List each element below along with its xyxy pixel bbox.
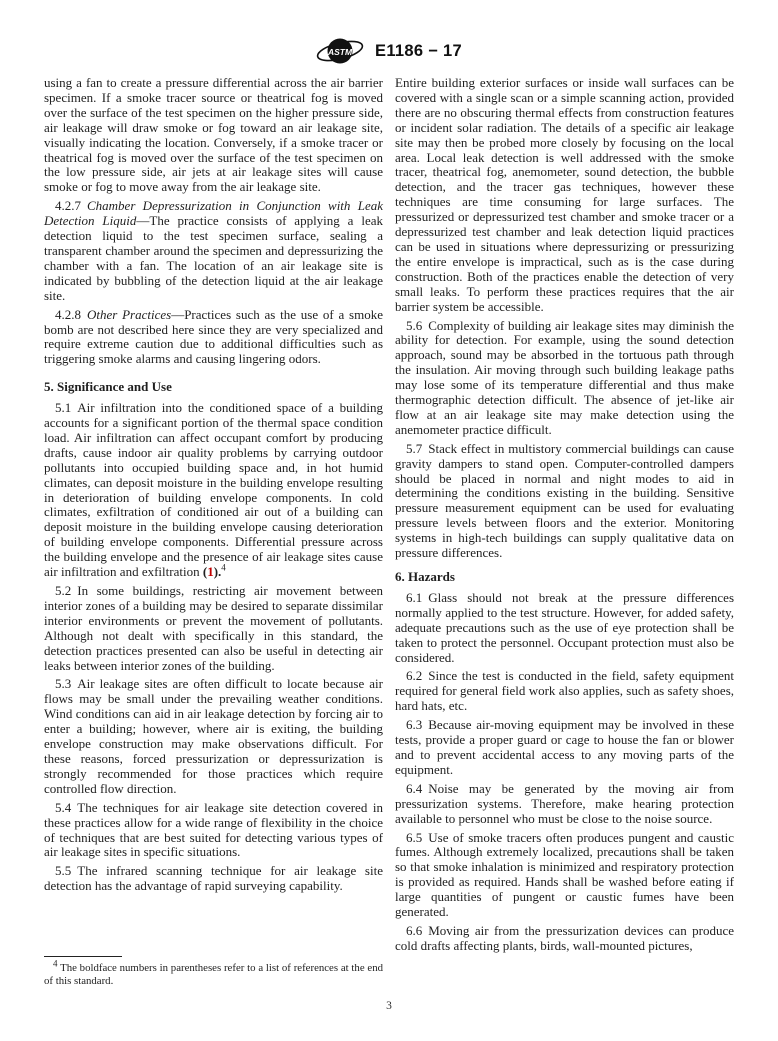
paragraph-5-3: 5.3Air leakage sites are often difficult… — [44, 677, 383, 796]
clause-number: 4.2.8 — [55, 307, 81, 322]
clause-number: 5.1 — [55, 400, 71, 415]
footnote-text: 4 The boldface numbers in parentheses re… — [44, 962, 383, 988]
clause-number: 6.1 — [406, 590, 422, 605]
clause-body: Air infiltration into the conditioned sp… — [44, 400, 383, 579]
paragraph-5-6: 5.6Complexity of building air leakage si… — [395, 319, 734, 438]
footnote-marker: 4 — [221, 563, 226, 573]
clause-body: Complexity of building air leakage sites… — [395, 318, 734, 437]
clause-number: 6.6 — [406, 923, 422, 938]
section-heading-6: 6. Hazards — [395, 570, 734, 585]
paragraph-5-5: 5.5The infrared scanning technique for a… — [44, 864, 383, 894]
paragraph-6-6: 6.6Moving air from the pressurization de… — [395, 924, 734, 954]
paragraph-6-2: 6.2Since the test is conducted in the fi… — [395, 669, 734, 714]
document-page: ASTM E1186 − 17 using a fan to create a … — [0, 0, 778, 1041]
paragraph-continuation-5-5: Entire building exterior surfaces or ins… — [395, 76, 734, 315]
paragraph-5-7: 5.7Stack effect in multistory commercial… — [395, 442, 734, 561]
clause-body: The infrared scanning technique for air … — [44, 863, 383, 893]
clause-number: 5.5 — [55, 863, 71, 878]
clause-body: Use of smoke tracers often produces pung… — [395, 830, 734, 920]
svg-text:ASTM: ASTM — [327, 47, 353, 57]
clause-number: 6.5 — [406, 830, 422, 845]
astm-logo-icon: ASTM — [316, 35, 368, 67]
clause-number: 5.3 — [55, 676, 71, 691]
clause-body: Since the test is conducted in the field… — [395, 668, 734, 713]
clause-body: In some buildings, restricting air movem… — [44, 583, 383, 673]
paragraph-5-1: 5.1Air infiltration into the conditioned… — [44, 401, 383, 580]
section-heading-5: 5. Significance and Use — [44, 380, 383, 395]
footnote-divider — [44, 956, 122, 957]
clause-body: Stack effect in multistory commercial bu… — [395, 441, 734, 560]
page-header: ASTM E1186 − 17 — [0, 34, 778, 68]
clause-number: 5.6 — [406, 318, 422, 333]
page-body: using a fan to create a pressure differe… — [44, 76, 734, 988]
clause-body: Air leakage sites are often difficult to… — [44, 676, 383, 795]
paragraph-4-2-7: 4.2.7Chamber Depressurization in Conjunc… — [44, 199, 383, 303]
left-column: using a fan to create a pressure differe… — [44, 76, 383, 988]
clause-body: Moving air from the pressurization devic… — [395, 923, 734, 953]
standard-designation: E1186 − 17 — [375, 42, 462, 61]
paragraph-6-5: 6.5Use of smoke tracers often produces p… — [395, 831, 734, 920]
footnote-block: 4 The boldface numbers in parentheses re… — [44, 956, 383, 988]
paragraph-6-4: 6.4Noise may be generated by the moving … — [395, 782, 734, 827]
page-number: 3 — [0, 1000, 778, 1012]
clause-number: 5.7 — [406, 441, 422, 456]
paragraph-6-3: 6.3Because air-moving equipment may be i… — [395, 718, 734, 778]
clause-body: Noise may be generated by the moving air… — [395, 781, 734, 826]
paragraph-5-2: 5.2In some buildings, restricting air mo… — [44, 584, 383, 673]
paragraph-4-2-8: 4.2.8Other Practices—Practices such as t… — [44, 308, 383, 368]
clause-body: The techniques for air leakage site dete… — [44, 800, 383, 860]
paragraph-6-1: 6.1Glass should not break at the pressur… — [395, 591, 734, 666]
paragraph-continuation-4-2-6: using a fan to create a pressure differe… — [44, 76, 383, 195]
clause-body: Because air-moving equipment may be invo… — [395, 717, 734, 777]
clause-number: 4.2.7 — [55, 198, 81, 213]
clause-number: 6.3 — [406, 717, 422, 732]
paragraph-5-4: 5.4The techniques for air leakage site d… — [44, 801, 383, 861]
clause-number: 6.4 — [406, 781, 422, 796]
clause-number: 6.2 — [406, 668, 422, 683]
right-column: Entire building exterior surfaces or ins… — [395, 76, 734, 988]
clause-body: Glass should not break at the pressure d… — [395, 590, 734, 665]
clause-title: Other Practices — [87, 307, 171, 322]
clause-number: 5.4 — [55, 800, 71, 815]
clause-number: 5.2 — [55, 583, 71, 598]
